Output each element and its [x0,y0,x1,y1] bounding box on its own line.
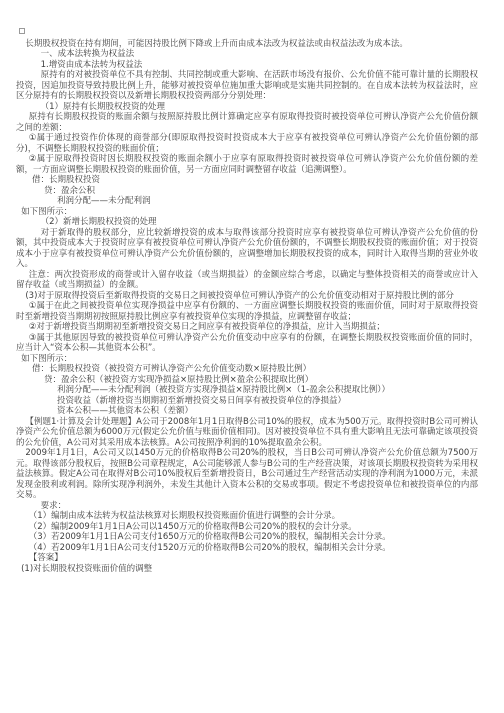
requirement-item-3: （3）若2009年1月1日A公司支付1650万元的价格取得B公司20%的股权，编… [16,532,478,543]
part-2-heading: （2）新增长期股权投资的处理 [16,217,478,228]
journal-2-credit-line-1: 贷：盈余公积（被投资方实现净损益×原持股比例×盈余公积提取比例） [16,375,478,386]
journal-2-credit-line-2: 利润分配——未分配利润（被投资方实现净损益×原持股比例×（1-盈余公积提取比例）… [16,385,478,396]
part-3-heading: (3)对于原取得投资后至新取得投资的交易日之间被投资单位可辨认净资产的公允价值变… [16,291,478,302]
requirement-item-1: （1）编制由成本法转为权益法核算对长期股权投资账面价值进行调整的会计分录。 [16,511,478,522]
section-1-heading: 一、成本法转换为权益法 [16,49,478,60]
small-square-marker-icon [19,28,25,34]
subsection-1-intro-paragraph: 原持有的对被投资单位不具有控制、共同控制或重大影响、在活跃市场没有报价、公允价值… [16,70,478,102]
journal-2-credit-line-4: 资本公积——其他资本公积（差额） [16,406,478,417]
requirement-item-4: （4）若2009年1月1日A公司支付1520万元的价格取得B公司20%的股权，编… [16,543,478,554]
top-marker-row [16,28,478,39]
part-1-heading: （1）原持有长期股权投资的处理 [16,102,478,113]
part-1-item-2: ②属于原取得投资时因长期股权投资的账面余额小于应享有原取得投资时被投资单位可辨认… [16,154,478,175]
part-1-item-1: ①属于通过投资作价体现的商誉部分(即原取得投资时投资成本大于应享有被投资单位可辨… [16,133,478,154]
document-page: 长期股权投资在持有期间，可能因持股比例下降或上升而由成本法改为权益法或由权益法改… [0,0,504,713]
answer-first-line: (1)对长期股权投资账面价值的调整 [16,564,478,575]
part-3-item-1: ①属于在此之间被投资单位实现净损益中应享有份额的、一方面应调整长期股权投资的账面… [16,301,478,322]
intro-paragraph: 长期股权投资在持有期间，可能因持股比例下降或上升而由成本法改为权益法或由权益法改… [16,39,478,50]
part-2-paragraph: 对于新取得的股权部分，应比较新增投资的成本与取得该部分投资时应享有被投资单位可辨… [16,228,478,270]
example-paragraph-1: 【例题1·计算及会计处理题】A公司于2008年1月1日取得B公司10%的股权，成… [16,417,478,449]
part-3-item-3: ③属于其他原因导致的被投资单位可辨认净资产公允价值变动中应享有的份额，在调整长期… [16,333,478,354]
journal-1-credit-line-2: 利润分配——未分配利润 [16,196,478,207]
figure-note-1: 如下图所示： [16,207,478,218]
journal-1-credit-line: 贷：盈余公积 [16,186,478,197]
requirements-label: 要求： [16,501,478,512]
subsection-1-heading: 1.增资由成本法转为权益法 [16,60,478,71]
journal-1-debit-line: 借：长期股权投资 [16,175,478,186]
part-3-item-2: ②对于新增投资当期期初至新增投资交易日之间应享有被投资单位的净损益，应计入当期损… [16,322,478,333]
answer-label: 【答案】 [16,553,478,564]
example-paragraph-2: 2009年1月1日，A公司又以1450万元的价格取得B公司20%的股权，当日B公… [16,448,478,501]
journal-2-credit-line-3: 投资收益（新增投资当期期初至新增投资交易日间享有被投资单位的净损益） [16,396,478,407]
requirement-item-2: （2）编制2009年1月1日A公司以1450万元的价格取得B公司20%的股权的会… [16,522,478,533]
figure-note-2: 如下图所示： [16,354,478,365]
part-1-paragraph: 原持有长期股权投资的账面余额与按照原持股比例计算确定应享有原取得投资时被投资单位… [16,112,478,133]
journal-2-debit-line: 借：长期股权投资（被投资方可辨认净资产公允价值变动数×原持股比例） [16,364,478,375]
part-2-note-paragraph: 注意：两次投资形成的商誉或计入留存收益（或当期损益）的金额应综合考虑，以确定与整… [16,270,478,291]
